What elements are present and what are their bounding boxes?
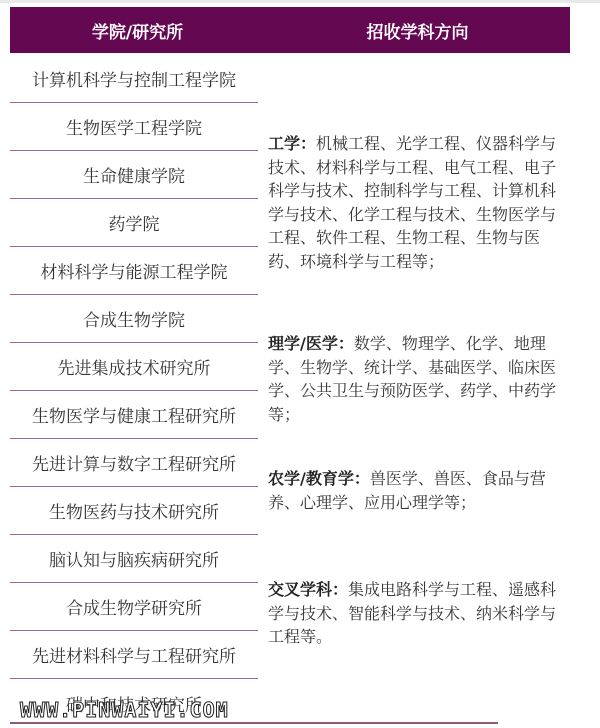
institute-row: 生物医学与健康工程研究所 <box>10 391 258 439</box>
institute-row: 先进材料科学与工程研究所 <box>10 631 258 679</box>
table-header: 学院/研究所 招收学科方向 <box>10 7 570 53</box>
discipline-label: 工学： <box>268 134 316 153</box>
discipline-label: 理学/医学： <box>268 334 354 353</box>
institute-row: 材料科学与能源工程学院 <box>10 247 258 295</box>
discipline-agriculture-education: 农学/教育学：兽医学、兽医、食品与营养、心理学、应用心理学等； <box>268 467 568 514</box>
discipline-text: 机械工程、光学工程、仪器科学与技术、材料科学与工程、电气工程、电子科学与技术、控… <box>268 134 556 271</box>
institute-row: 药学院 <box>10 199 258 247</box>
discipline-science-medicine: 理学/医学：数学、物理学、化学、地理学、生物学、统计学、基础医学、临床医学、公共… <box>268 332 568 426</box>
discipline-label: 交叉学科： <box>268 580 348 599</box>
institute-row: 生命健康学院 <box>10 151 258 199</box>
institute-row: 先进计算与数字工程研究所 <box>10 439 258 487</box>
watermark: WWW.PINWAIYI.COM <box>20 698 229 722</box>
institute-row: 合成生物学院 <box>10 295 258 343</box>
discipline-engineering: 工学：机械工程、光学工程、仪器科学与技术、材料科学与工程、电气工程、电子科学与技… <box>268 132 568 273</box>
bottom-border <box>10 722 498 724</box>
institute-row: 生物医药与技术研究所 <box>10 487 258 535</box>
institute-row: 生物医学工程学院 <box>10 103 258 151</box>
institute-column: 计算机科学与控制工程学院 生物医学工程学院 生命健康学院 药学院 材料科学与能源… <box>10 55 258 727</box>
institute-row: 脑认知与脑疾病研究所 <box>10 535 258 583</box>
institute-row: 计算机科学与控制工程学院 <box>10 55 258 103</box>
institute-row: 先进集成技术研究所 <box>10 343 258 391</box>
discipline-interdisciplinary: 交叉学科：集成电路科学与工程、遥感科学与技术、智能科学与技术、纳米科学与工程等。 <box>268 578 568 649</box>
header-disciplines: 招收学科方向 <box>265 18 570 43</box>
top-border <box>0 0 600 3</box>
discipline-label: 农学/教育学： <box>268 469 370 488</box>
institute-row: 合成生物学研究所 <box>10 583 258 631</box>
header-institute: 学院/研究所 <box>10 18 265 43</box>
